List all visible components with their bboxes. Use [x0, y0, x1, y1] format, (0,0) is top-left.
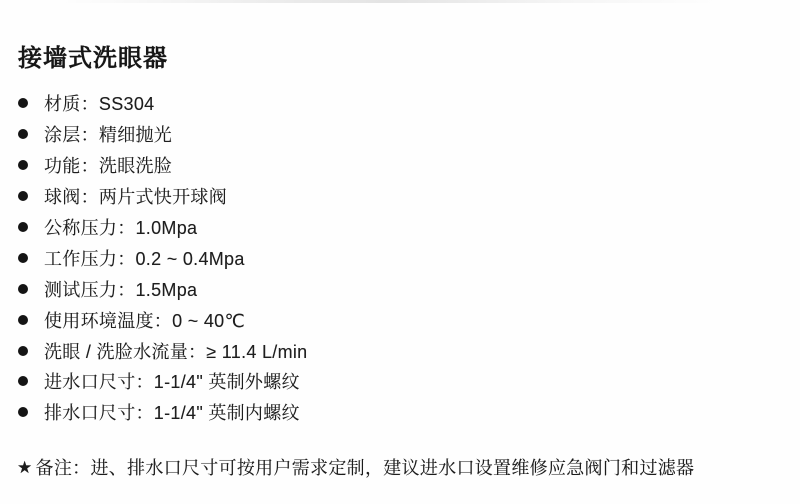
spec-text: 材质：SS304: [44, 90, 154, 116]
spec-text: 洗眼 / 洗脸水流量：≥ 11.4 L/min: [44, 338, 308, 364]
star-icon: ★: [17, 459, 33, 476]
spec-item-working-pressure: 工作压力：0.2 ~ 0.4Mpa: [18, 242, 308, 273]
spec-text: 涂层：精细抛光: [44, 121, 172, 147]
bullet-icon: [18, 222, 28, 232]
scan-smudge-artifact: [60, 0, 720, 3]
bullet-icon: [18, 284, 28, 294]
remark-note: ★ 备注：进、排水口尺寸可按用户需求定制，建议进水口设置维修应急阀门和过滤器: [17, 455, 694, 479]
spec-item-function: 功能：洗眼洗脸: [18, 150, 308, 181]
bullet-icon: [18, 253, 28, 263]
spec-item-flow-rate: 洗眼 / 洗脸水流量：≥ 11.4 L/min: [18, 335, 308, 366]
spec-text: 进水口尺寸：1-1/4" 英制外螺纹: [44, 368, 300, 394]
spec-text: 测试压力：1.5Mpa: [44, 276, 197, 302]
bullet-icon: [18, 160, 28, 170]
bullet-icon: [18, 346, 28, 356]
spec-item-material: 材质：SS304: [18, 88, 308, 119]
spec-text: 工作压力：0.2 ~ 0.4Mpa: [44, 245, 245, 271]
spec-item-ball-valve: 球阀：两片式快开球阀: [18, 181, 308, 212]
page-title: 接墙式洗眼器: [18, 46, 168, 72]
remark-note-text: 备注：进、排水口尺寸可按用户需求定制，建议进水口设置维修应急阀门和过滤器: [36, 454, 695, 480]
spec-item-inlet-size: 进水口尺寸：1-1/4" 英制外螺纹: [18, 366, 308, 397]
spec-text: 排水口尺寸：1-1/4" 英制内螺纹: [44, 399, 300, 425]
spec-sheet-page: 接墙式洗眼器 材质：SS304 涂层：精细抛光 功能：洗眼洗脸 球阀：两片式快开…: [0, 0, 800, 504]
spec-item-ambient-temperature: 使用环境温度：0 ~ 40℃: [18, 304, 308, 335]
spec-list: 材质：SS304 涂层：精细抛光 功能：洗眼洗脸 球阀：两片式快开球阀 公称压力…: [18, 88, 308, 428]
spec-item-test-pressure: 测试压力：1.5Mpa: [18, 273, 308, 304]
bullet-icon: [18, 376, 28, 386]
bullet-icon: [18, 315, 28, 325]
spec-text: 公称压力：1.0Mpa: [44, 214, 197, 240]
spec-text: 功能：洗眼洗脸: [44, 152, 172, 178]
spec-text: 使用环境温度：0 ~ 40℃: [44, 307, 245, 333]
bullet-icon: [18, 191, 28, 201]
spec-text: 球阀：两片式快开球阀: [44, 183, 227, 209]
bullet-icon: [18, 129, 28, 139]
spec-item-coating: 涂层：精细抛光: [18, 119, 308, 150]
bullet-icon: [18, 98, 28, 108]
spec-item-outlet-size: 排水口尺寸：1-1/4" 英制内螺纹: [18, 397, 308, 428]
spec-item-nominal-pressure: 公称压力：1.0Mpa: [18, 212, 308, 243]
bullet-icon: [18, 407, 28, 417]
